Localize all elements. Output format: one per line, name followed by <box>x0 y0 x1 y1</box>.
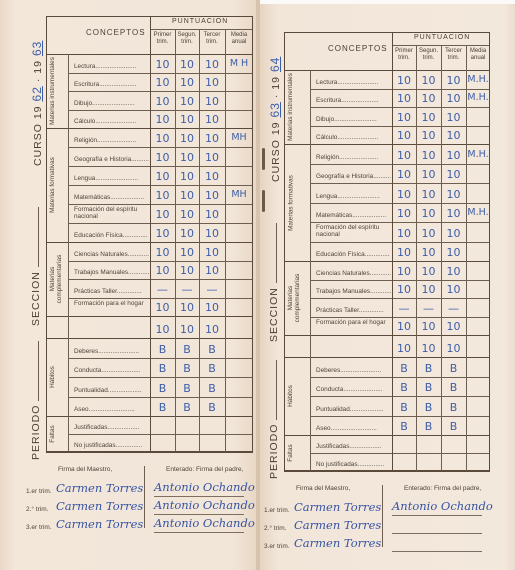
period-blank <box>38 341 39 401</box>
teacher-signature: Carmen Torres <box>294 500 381 514</box>
trimester-label: 2.° trim. <box>264 525 286 532</box>
course-year-sep: · 19 <box>32 60 44 82</box>
course-year-end: 63 <box>30 41 44 56</box>
row-divider <box>284 471 490 472</box>
teacher-signature-label: Firma del Maestro, <box>296 485 350 492</box>
teacher-signature-label: Firma del Maestro, <box>58 466 112 473</box>
column-divider <box>310 70 311 471</box>
course-label: CURSO 1962· 1963 <box>30 41 44 166</box>
parent-signature-line <box>392 533 482 534</box>
column-divider <box>68 54 69 452</box>
column-divider <box>466 45 467 471</box>
staple-top <box>262 148 265 170</box>
teacher-signature: Carmen Torres <box>294 518 381 532</box>
parent-signature: Antonio Ochando <box>392 499 493 513</box>
parent-signature-line <box>154 496 244 497</box>
course-year-sep: · 19 <box>270 76 282 98</box>
trimester-label: 1.er trim. <box>26 488 52 495</box>
course-year-start: 62 <box>30 86 44 101</box>
teacher-signature: Carmen Torres <box>294 536 381 550</box>
column-divider <box>416 45 417 471</box>
period-label: PERIODO <box>30 341 42 460</box>
signature-divider <box>144 466 145 528</box>
course-prefix: CURSO 19 <box>32 105 44 166</box>
section-blank <box>276 223 277 283</box>
column-divider <box>441 45 442 471</box>
section-label: SECCION <box>268 223 280 342</box>
column-divider <box>225 29 226 452</box>
column-divider <box>150 16 151 452</box>
parent-signature-label: Enterado: Firma del padre, <box>404 485 481 492</box>
section-text: SECCION <box>30 271 42 326</box>
period-blank <box>276 360 277 420</box>
teacher-signature: Carmen Torres <box>56 499 143 513</box>
right-page: CONCEPTOSPUNTUACIONPrimer trim.Segun. tr… <box>258 4 515 570</box>
section-text: SECCION <box>268 287 280 342</box>
column-divider <box>175 29 176 452</box>
period-text: PERIODO <box>268 424 280 479</box>
grades-table <box>284 32 490 471</box>
course-year-start: 63 <box>268 102 282 117</box>
parent-signature-line <box>154 532 244 533</box>
trimester-label: 3.er trim. <box>264 543 290 550</box>
section-label: SECCION <box>30 207 42 326</box>
column-divider <box>199 29 200 452</box>
teacher-signature: Carmen Torres <box>56 517 143 531</box>
parent-signature: Antonio Ochando <box>154 480 255 494</box>
row-divider <box>46 452 253 453</box>
booklet-spine <box>256 0 260 570</box>
trimester-label: 2.° trim. <box>26 506 48 513</box>
parent-signature-label: Enterado: Firma del padre, <box>166 466 243 473</box>
parent-signature: Antonio Ochando <box>154 516 255 530</box>
teacher-signature: Carmen Torres <box>56 481 143 495</box>
course-label: CURSO 1963· 1964 <box>268 57 282 182</box>
section-blank <box>38 207 39 267</box>
signature-divider <box>382 485 383 547</box>
left-page: CONCEPTOSPUNTUACIONPrimer trim.Segun. tr… <box>0 0 258 570</box>
trimester-label: 3.er trim. <box>26 524 52 531</box>
parent-signature: Antonio Ochando <box>154 498 255 512</box>
parent-signature-line <box>392 551 482 552</box>
trimester-label: 1.er trim. <box>264 507 290 514</box>
period-label: PERIODO <box>268 360 280 479</box>
parent-signature-line <box>392 515 482 516</box>
course-year-end: 64 <box>268 57 282 72</box>
column-divider <box>392 32 393 471</box>
course-prefix: CURSO 19 <box>270 121 282 182</box>
period-text: PERIODO <box>30 405 42 460</box>
staple-bottom <box>262 190 265 212</box>
parent-signature-line <box>154 514 244 515</box>
